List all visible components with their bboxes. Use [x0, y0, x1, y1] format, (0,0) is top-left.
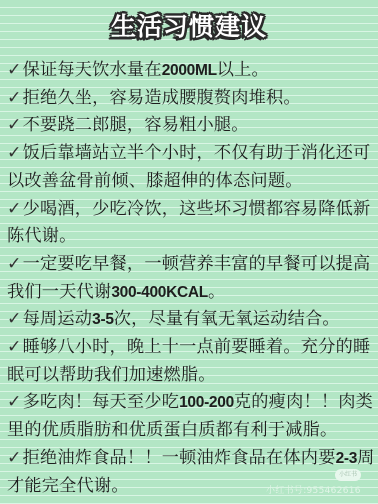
- list-item: ✓每周运动3-5次，尽量有氧无氧运动结合。: [7, 306, 375, 334]
- item-text: 睡够八小时，晚上十一点前要睡着。充分的睡眠可以帮助我们加速燃脂。: [7, 337, 370, 385]
- item-text: 多吃肉！每天至少吃: [23, 392, 180, 412]
- item-number: 100-200: [179, 394, 234, 411]
- item-number: 3-5: [92, 311, 114, 328]
- item-number: 2000ML: [162, 62, 217, 79]
- item-text: 少喝酒，少吃冷饮，这些坏习惯都容易降低新陈代谢。: [7, 199, 370, 247]
- item-text: 保证每天饮水量在: [23, 60, 162, 80]
- check-icon: ✓: [7, 448, 22, 468]
- check-icon: ✓: [7, 309, 22, 329]
- watermark-badge: 小红书: [335, 469, 361, 481]
- item-text: 不要跷二郎腿，容易粗小腿。: [23, 115, 249, 135]
- item-text: 每周运动: [23, 309, 93, 329]
- item-number: 2-3: [336, 450, 358, 467]
- list-item: ✓拒绝久坐，容易造成腰腹赘肉堆积。: [7, 85, 375, 113]
- item-text: 以上。: [217, 60, 269, 80]
- list-item: ✓多吃肉！每天至少吃100-200克的瘦肉！！肉类里的优质脂肪和优质蛋白质都有利…: [7, 389, 375, 444]
- list-item: ✓睡够八小时，晚上十一点前要睡着。充分的睡眠可以帮助我们加速燃脂。: [7, 334, 375, 389]
- item-number: 300-400KCAL: [111, 284, 208, 301]
- list-item: ✓饭后靠墙站立半个小时，不仅有助于消化还可以改善盆骨前倾、膝超伸的体态问题。: [7, 140, 375, 195]
- check-icon: ✓: [7, 60, 22, 80]
- check-icon: ✓: [7, 115, 22, 135]
- list-item: ✓一定要吃早餐，一顿营养丰富的早餐可以提高我们一天代谢300-400KCAL。: [7, 251, 375, 306]
- list-item: ✓不要跷二郎腿，容易粗小腿。: [7, 112, 375, 140]
- item-text: 拒绝油炸食品！！一顿油炸食品在体内要: [23, 448, 336, 468]
- check-icon: ✓: [7, 337, 22, 357]
- check-icon: ✓: [7, 392, 22, 412]
- list-item: ✓保证每天饮水量在2000ML以上。: [7, 57, 375, 85]
- item-text: 饭后靠墙站立半个小时，不仅有助于消化还可以改善盆骨前倾、膝超伸的体态问题。: [7, 143, 370, 191]
- list-item: ✓少喝酒，少吃冷饮，这些坏习惯都容易降低新陈代谢。: [7, 196, 375, 251]
- habit-list: ✓保证每天饮水量在2000ML以上。 ✓拒绝久坐，容易造成腰腹赘肉堆积。 ✓不要…: [7, 57, 375, 500]
- check-icon: ✓: [7, 254, 22, 274]
- page-title: 生活习惯建议: [0, 10, 378, 44]
- check-icon: ✓: [7, 88, 22, 108]
- item-text: 拒绝久坐，容易造成腰腹赘肉堆积。: [23, 88, 301, 108]
- check-icon: ✓: [7, 199, 22, 219]
- watermark-text: 小红书号:955462616: [266, 483, 361, 496]
- check-icon: ✓: [7, 143, 22, 163]
- item-text: 次，尽量有氧无氧运动结合。: [114, 309, 340, 329]
- item-text: 。: [208, 282, 225, 302]
